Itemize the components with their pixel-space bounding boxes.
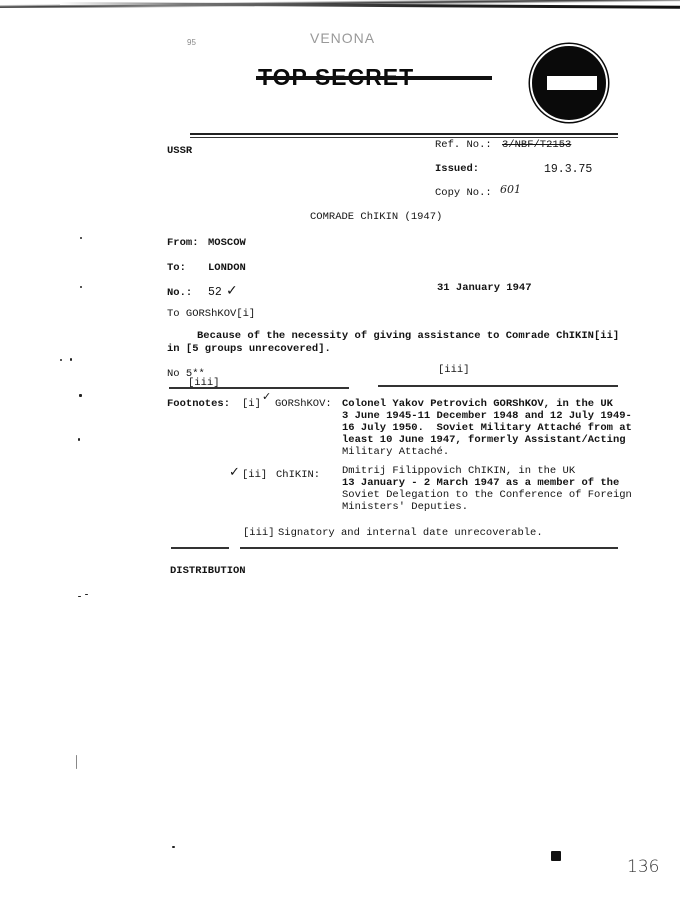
footnote-1-name: GORShKOV:	[275, 398, 332, 410]
footnote-1-marker: [i]	[242, 398, 261, 410]
message-date: 31 January 1947	[437, 282, 532, 294]
footnote-2-name: ChIKIN:	[276, 469, 320, 481]
footnote-2-line-4: Ministers' Deputies.	[342, 501, 468, 513]
document-title: COMRADE ChIKIN (1947)	[310, 211, 442, 223]
to-value: LONDON	[208, 262, 246, 274]
scan-speck	[172, 846, 175, 848]
scan-speck	[85, 594, 88, 595]
footnotes-label: Footnotes:	[167, 398, 230, 410]
copy-value-handwritten: 601	[500, 183, 521, 196]
scan-speck	[76, 755, 77, 769]
footnote-2-line-2: 13 January - 2 March 1947 as a member of…	[342, 477, 619, 489]
ref-label: Ref. No.:	[435, 139, 492, 151]
addressee-line: To GORShKOV[i]	[167, 308, 255, 320]
message-body-line-2: in [5 groups unrecovered].	[167, 343, 331, 355]
footnote-3-marker: [iii]	[243, 527, 275, 539]
divider-right	[378, 385, 618, 387]
footnote-2-line-1: Dmitrij Filippovich ChIKIN, in the UK	[342, 465, 575, 477]
scan-speck	[60, 359, 62, 361]
ref-value: 3/NBF/T2153	[502, 139, 571, 151]
country-label: USSR	[167, 145, 192, 157]
page-mark: 95	[187, 38, 196, 47]
scan-speck	[80, 237, 82, 239]
scan-speck	[78, 438, 80, 441]
copy-label: Copy No.:	[435, 187, 492, 199]
scan-speck	[79, 394, 82, 397]
bottom-divider-right	[240, 547, 618, 549]
footnote-1-line-1: Colonel Yakov Petrovich GORShKOV, in the…	[342, 398, 613, 410]
footnote-1-line-4: least 10 June 1947, formerly Assistant/A…	[342, 434, 626, 446]
footnote-2-line-3: Soviet Delegation to the Conference of F…	[342, 489, 632, 501]
distribution-label: DISTRIBUTION	[170, 565, 246, 577]
footnote-1-line-2: 3 June 1945-11 December 1948 and 12 July…	[342, 410, 632, 422]
no-label: No.:	[167, 287, 192, 299]
footnote-3-text: Signatory and internal date unrecoverabl…	[278, 527, 543, 539]
header-rule-bottom	[190, 137, 618, 138]
scan-speck	[70, 358, 72, 361]
from-value: MOSCOW	[208, 237, 246, 249]
footnote-2-check-icon: ✓	[229, 465, 240, 480]
no-entry-bar	[547, 76, 597, 90]
footnote-1-check-icon: ✓	[262, 390, 271, 403]
issued-label: Issued:	[435, 163, 479, 175]
bottom-divider-left	[171, 547, 229, 549]
footnote-1-line-3: 16 July 1950. Soviet Military Attaché fr…	[342, 422, 632, 434]
no-value: 52	[208, 287, 222, 299]
scan-speck	[80, 286, 82, 288]
from-label: From:	[167, 237, 199, 249]
checkmark-icon: ✓	[226, 283, 238, 299]
hole-punch-mark	[551, 851, 561, 861]
stamp-strikethrough	[256, 76, 492, 80]
smudged-stamp-text: VENONA	[310, 30, 375, 46]
issued-value: 19.3.75	[544, 164, 592, 176]
to-label: To:	[167, 262, 186, 274]
scan-speck	[78, 596, 81, 597]
signoff-right-note: [iii]	[438, 364, 470, 376]
footnote-1-line-5: Military Attaché.	[342, 446, 449, 458]
message-body-line-1: Because of the necessity of giving assis…	[197, 330, 619, 342]
header-rule-top	[190, 133, 618, 135]
divider-left	[169, 387, 349, 389]
footnote-2-marker: [ii]	[242, 469, 267, 481]
handwritten-page-number: 136	[627, 857, 659, 877]
